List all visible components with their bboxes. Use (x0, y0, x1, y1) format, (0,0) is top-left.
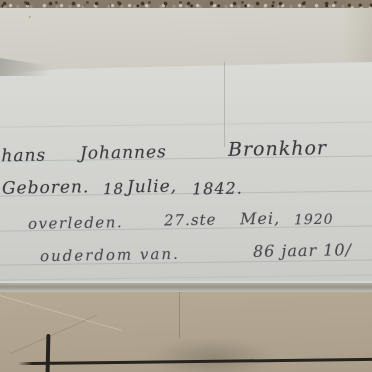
handwriting-age-label: ouderdom van. (40, 245, 180, 265)
tan-paper-crease-vertical (179, 292, 180, 338)
photo-of-handwritten-note: ʼ lhans Johannes Bronkhor Geboren. 18 Ju… (0, 0, 372, 372)
handwriting-age-value: 86 jaar 10/ (253, 240, 352, 261)
handwriting-born-month: Julie, (127, 177, 177, 198)
handwriting-died-year: 1920 (294, 212, 334, 229)
handwriting-born-label: Geboren. (2, 177, 90, 199)
handwriting-died-month: Mei, (240, 209, 280, 229)
cream-card (0, 8, 372, 70)
tracing-paper-crease (224, 62, 225, 147)
ink-vertical-line (46, 334, 50, 372)
handwriting-name-left: lhans (0, 146, 46, 167)
handwriting-died-label: overleden. (28, 213, 123, 233)
tan-paper-crease-diagonal (0, 294, 122, 331)
handwriting-died-day: 27.ste (164, 211, 217, 230)
cream-card-right-shade (342, 8, 372, 68)
handwriting-name-middle: Johannes (80, 142, 167, 164)
tan-paper (0, 292, 372, 372)
tan-paper-smudge (150, 338, 275, 372)
handwriting-born-day: 18 (103, 180, 124, 198)
handwriting-born-year: 1842. (192, 179, 243, 199)
handwriting-surname: Bronkhor (228, 137, 327, 161)
tan-paper-crease-diagonal (10, 315, 97, 355)
